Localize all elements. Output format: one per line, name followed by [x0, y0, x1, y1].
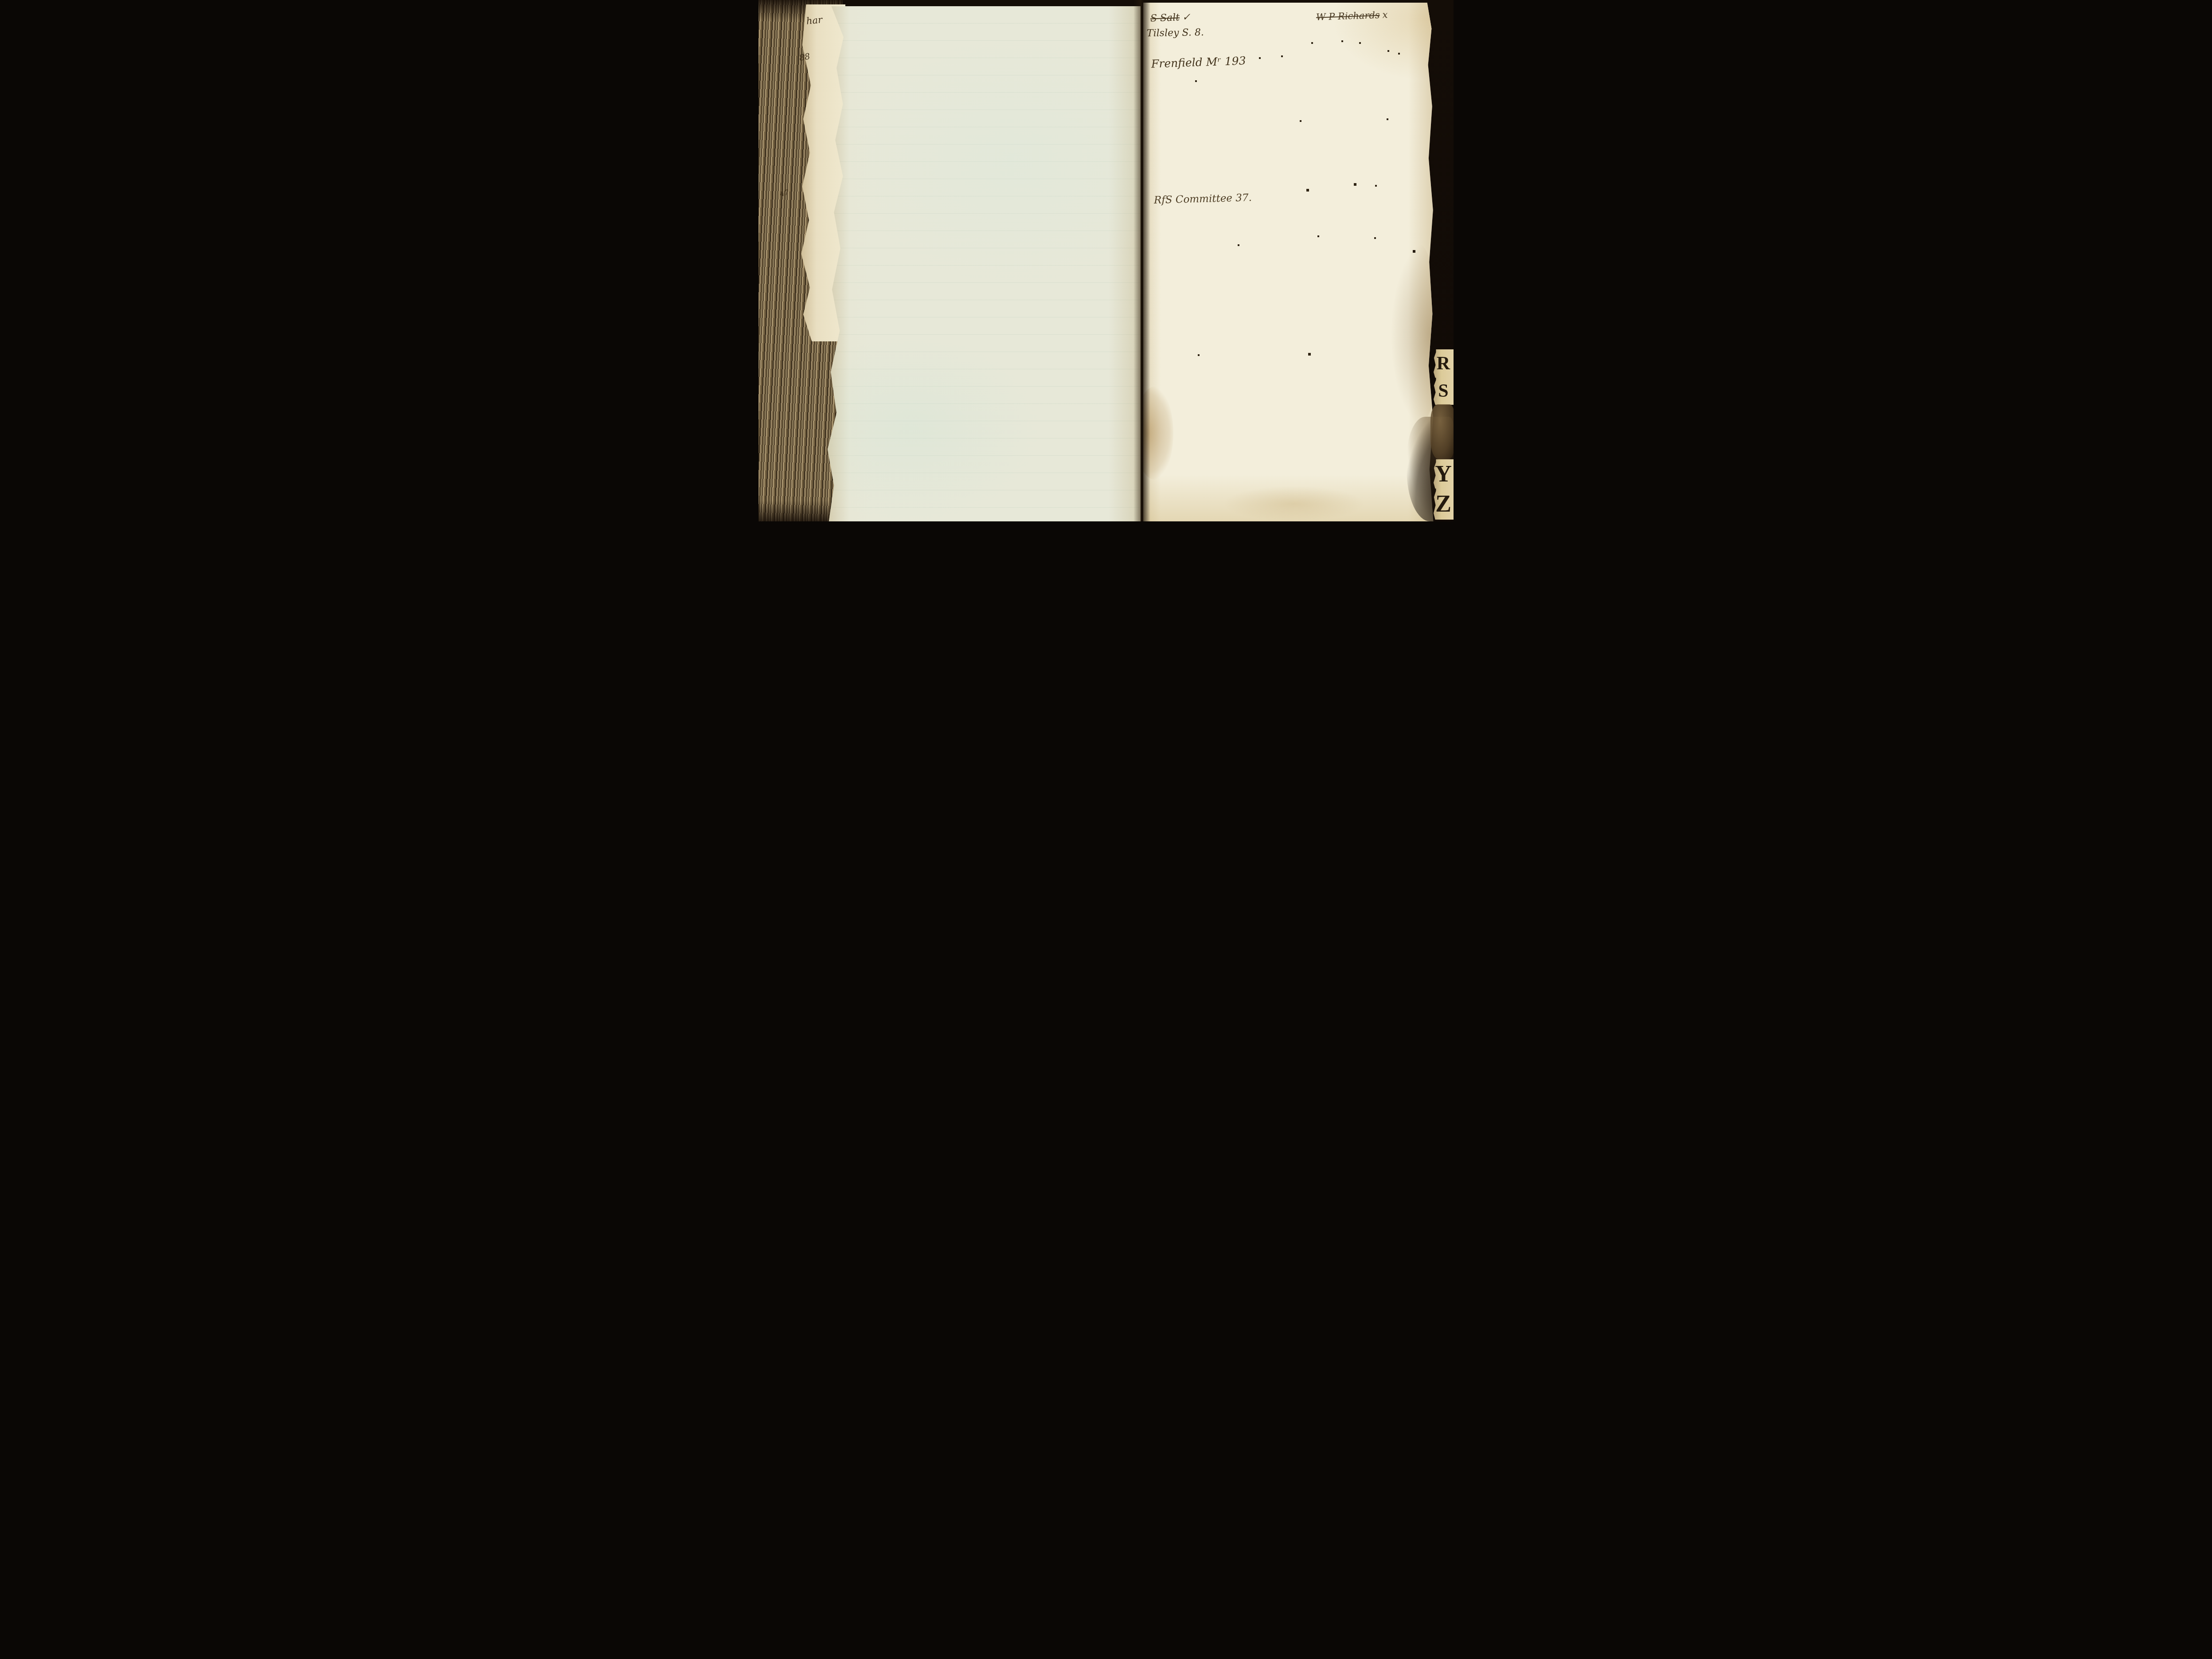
x-mark: x — [1382, 9, 1388, 20]
crossed-out-richards-entry: W P Richardsx — [1316, 9, 1388, 23]
crossed-out-salt-entry: S Salt✓ — [1150, 12, 1191, 24]
tab-letter-r: R — [1437, 353, 1450, 374]
crossed-richards-name: W P Richards — [1316, 10, 1380, 23]
water-stain — [1223, 486, 1365, 521]
index-tab-s: S — [1433, 377, 1454, 405]
check-mark: ✓ — [1182, 12, 1191, 23]
tilsley-entry: Tilsley S. 8. — [1147, 27, 1204, 39]
right-page: S Salt✓ W P Richardsx Tilsley S. 8. Fren… — [1143, 3, 1434, 521]
tab-letter-y: Y — [1435, 461, 1452, 487]
frenfield-entry: Frenfield Mʳ 193 — [1151, 54, 1246, 70]
index-tab-y: Y — [1433, 459, 1454, 489]
crossed-salt-name: S Salt — [1150, 12, 1180, 24]
page-fragment-text: 88 — [798, 51, 811, 63]
ledger-book-spread-photo: har 88 47 S Salt1. 3. 4. 5. 8. 9. 10. 11… — [758, 0, 1454, 521]
tab-letter-s: S — [1438, 380, 1448, 402]
page-fragment-text: har — [806, 14, 823, 27]
index-tab-column: R S Y Z — [1433, 0, 1454, 521]
committee-entry: RfS Committee 37. — [1154, 192, 1252, 206]
index-tab-r: R — [1433, 349, 1454, 378]
tab-letter-z: Z — [1435, 490, 1451, 517]
index-tab-z: Z — [1433, 488, 1454, 520]
book-gutter-shadow — [1133, 0, 1150, 521]
left-page — [821, 6, 1141, 521]
ink-specks — [758, 0, 759, 1]
torn-tab-area — [1430, 404, 1454, 459]
